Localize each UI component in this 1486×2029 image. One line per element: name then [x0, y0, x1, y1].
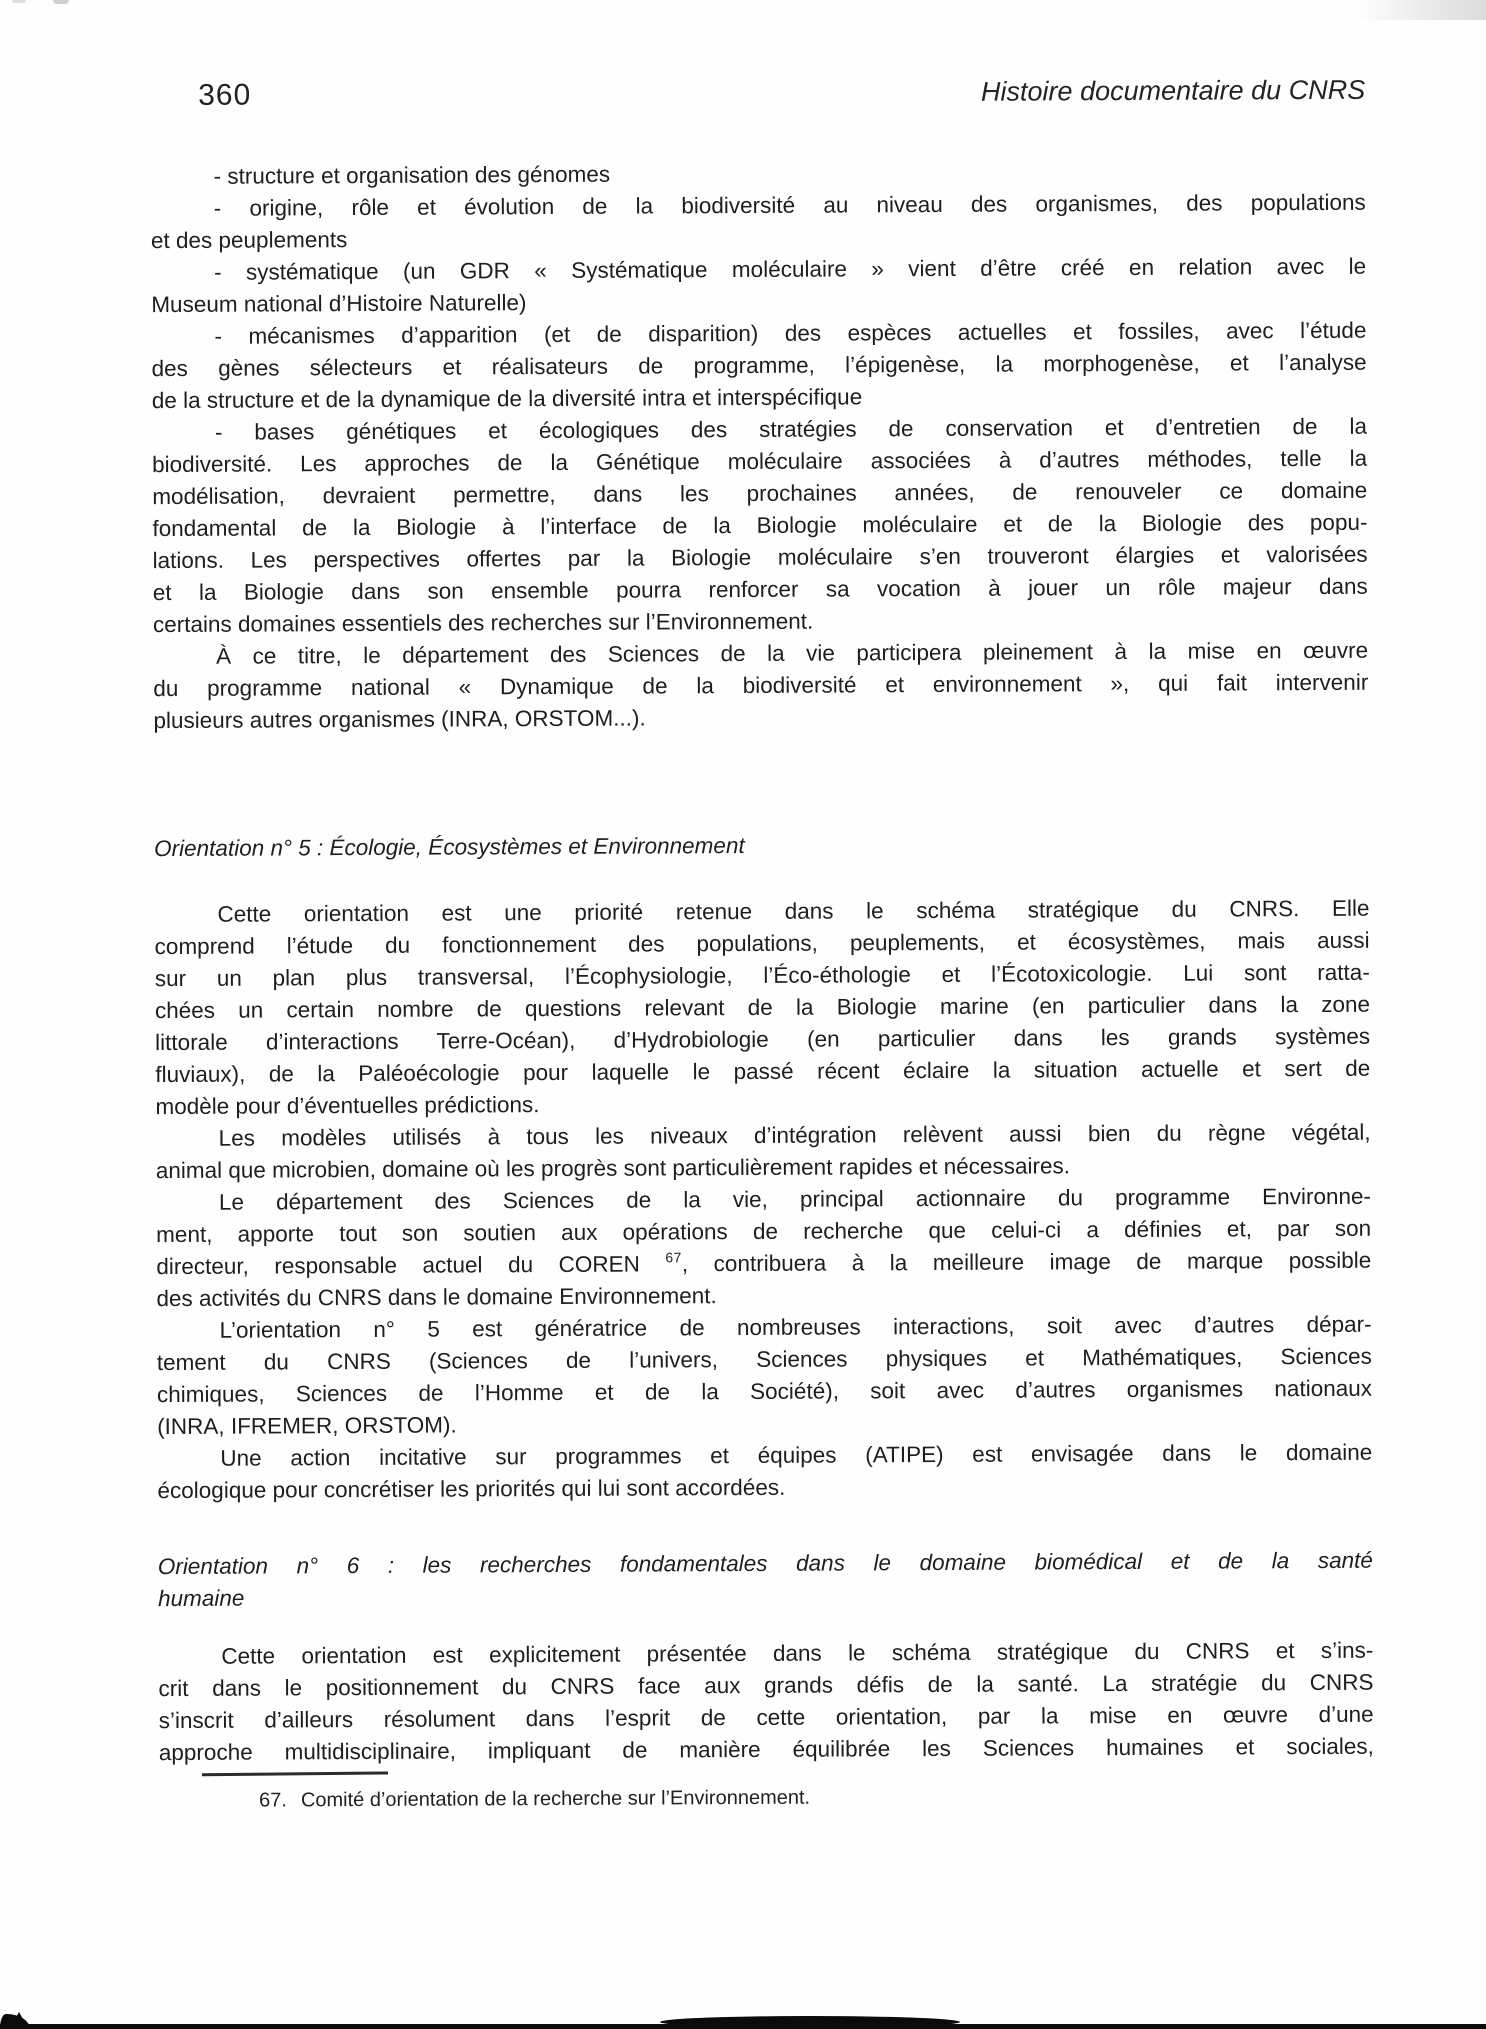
document-body: - structure et organisation des génomes-… — [151, 155, 1374, 1769]
text-line: Les modèles utilisés à tous les niveaux … — [156, 1117, 1371, 1155]
text-line: - origine, rôle et évolution de la biodi… — [151, 187, 1366, 225]
section-heading: Orientation n° 6 : les recherches fondam… — [158, 1545, 1373, 1615]
paragraph-block: Cette orientation est explicitement prés… — [158, 1635, 1374, 1769]
heading-line: humaine — [158, 1577, 1373, 1615]
heading-line: Orientation n° 6 : les recherches fondam… — [158, 1545, 1373, 1583]
running-header: 360 Histoire documentaire du CNRS — [150, 73, 1365, 113]
text-line: des gènes sélecteurs et réalisateurs de … — [152, 347, 1367, 385]
scan-smudge-top-left-2 — [12, 0, 26, 3]
running-title: Histoire documentaire du CNRS — [981, 75, 1365, 108]
text-line: du programme national « Dynamique de la … — [153, 667, 1368, 705]
text-line: fluviaux), de la Paléoécologie pour laqu… — [155, 1053, 1370, 1091]
footnote-rule — [202, 1771, 388, 1776]
page-number: 360 — [150, 79, 251, 114]
text-line: plusieurs autres organismes (INRA, ORSTO… — [153, 699, 1368, 737]
footnote-reference: 67 — [665, 1249, 682, 1265]
section-heading: Orientation n° 5 : Écologie, Écosystèmes… — [154, 827, 1369, 865]
footnote-text: Comité d’orientation de la recherche sur… — [301, 1787, 810, 1812]
footnote-number: 67. — [259, 1789, 287, 1811]
text-line: approche multidisciplinaire, impliquant … — [159, 1731, 1374, 1769]
paragraph-block: Cette orientation est une priorité reten… — [154, 893, 1372, 1507]
scanned-book-page: 360 Histoire documentaire du CNRS - stru… — [0, 0, 1486, 2029]
footnote-area: 67.Comité d’orientation de la recherche … — [159, 1767, 1374, 1814]
text-line: et la Biologie dans son ensemble pourra … — [153, 571, 1368, 609]
text-line: écologique pour concrétiser les priorité… — [157, 1469, 1372, 1507]
text-segment: , contribuera à la meilleure image de ma… — [682, 1248, 1372, 1277]
page-content: 360 Histoire documentaire du CNRS - stru… — [0, 0, 1486, 2029]
heading-line: Orientation n° 5 : Écologie, Écosystèmes… — [154, 827, 1369, 865]
text-segment: directeur, responsable actuel du COREN — [156, 1251, 665, 1279]
footnote: 67.Comité d’orientation de la recherche … — [159, 1782, 1374, 1814]
text-line: chimiques, Sciences de l’Homme et de la … — [157, 1373, 1372, 1411]
text-line: Une action incitative sur programmes et … — [157, 1437, 1372, 1475]
paragraph-block: - structure et organisation des génomes-… — [151, 155, 1369, 737]
text-line: directeur, responsable actuel du COREN 6… — [156, 1245, 1371, 1283]
text-line: - systématique (un GDR « Systématique mo… — [151, 251, 1366, 289]
